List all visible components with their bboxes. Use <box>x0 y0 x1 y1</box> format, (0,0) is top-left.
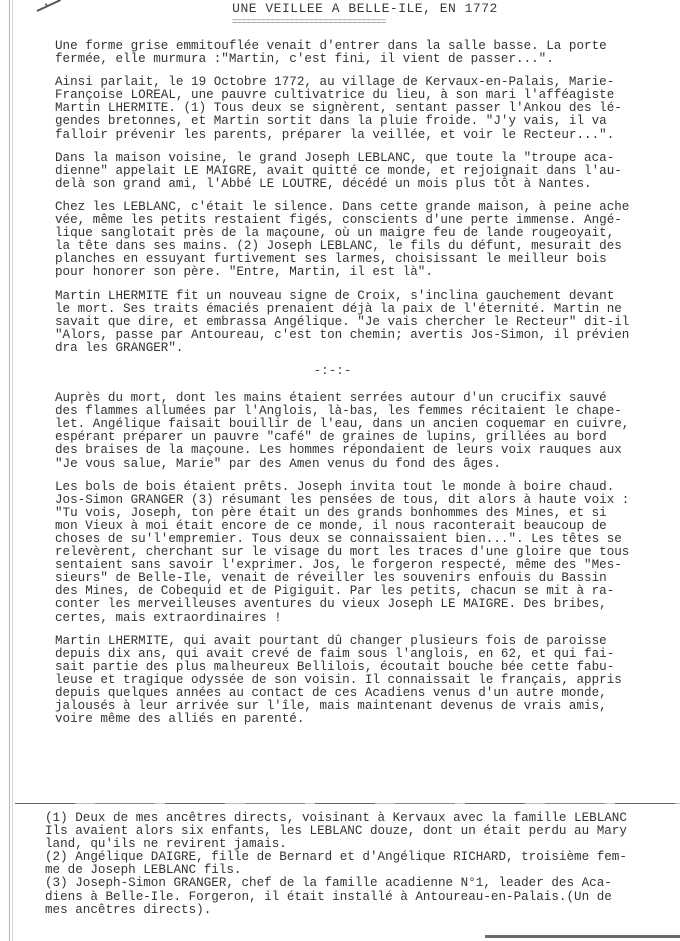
text-line: "Je vous salue, Marie" par des Amen venu… <box>55 458 680 471</box>
footnote-divider <box>15 803 680 804</box>
left-margin-rule <box>9 0 10 941</box>
document-title: UNE VEILLEE A BELLE-ILE, EN 1772 <box>0 1 680 16</box>
text-line: le mort. Ses traits émaciés prenaient dé… <box>55 303 680 316</box>
text-line: fermée, elle murmura :"Martin, c'est fin… <box>55 53 680 66</box>
text-line: Martin LHERMITE, qui avait pourtant dû c… <box>55 635 680 648</box>
paragraph: Dans la maison voisine, le grand Joseph … <box>55 152 680 191</box>
text-line: Martin LHERMITE fit un nouveau signe de … <box>55 290 680 303</box>
text-line: Dans la maison voisine, le grand Joseph … <box>55 152 680 165</box>
text-line: dra les GRANGER". <box>55 342 680 355</box>
text-line: pour honorer son père. "Entre, Martin, i… <box>55 266 680 279</box>
paragraph: Les bols de bois étaient prêts. Joseph i… <box>55 481 680 625</box>
footnote-line: diens à Belle-Ile. Forgeron, il était in… <box>45 891 680 904</box>
footnote: (2) Angélique DAIGRE, fille de Bernard e… <box>45 851 680 877</box>
paragraph: Chez les LEBLANC, c'était le silence. Da… <box>55 201 680 280</box>
footnote: (3) Joseph-Simon GRANGER, chef de la fam… <box>45 877 680 916</box>
footnote-line: mes ancêtres directs). <box>45 904 680 917</box>
text-line: certes, mais extraordinaires ! <box>55 612 680 625</box>
text-line: voire même des alliés en parenté. <box>55 713 680 726</box>
document-body: Une forme grise emmitouflée venait d'ent… <box>55 40 680 736</box>
text-line: sait partie des plus malheureux Belliloi… <box>55 661 680 674</box>
text-line: dienne" appelait LE MAIGRE, avait quitté… <box>55 165 680 178</box>
text-line: Les bols de bois étaient prêts. Joseph i… <box>55 481 680 494</box>
text-line: des braises de la maçoune. Les hommes ré… <box>55 444 680 457</box>
text-line: falloir prévenir les parents, préparer l… <box>55 129 680 142</box>
text-line: "Tu vois, Joseph, ton père était un des … <box>55 507 680 520</box>
text-line: savait que dire, et embrassa Angélique. … <box>55 316 680 329</box>
text-line: Jos-Simon GRANGER (3) résumant les pensé… <box>55 494 680 507</box>
text-line: delà son grand ami, l'Abbé LE LOUTRE, dé… <box>55 178 680 191</box>
footnote-line: (3) Joseph-Simon GRANGER, chef de la fam… <box>45 877 680 890</box>
paragraph: Ainsi parlait, le 19 Octobre 1772, au vi… <box>55 76 680 141</box>
paragraph: Auprès du mort, dont les mains étaient s… <box>55 392 680 471</box>
left-margin-rule-inner <box>12 0 13 941</box>
text-line: "Alors, passe par Antoureau, c'est ton c… <box>55 329 680 342</box>
text-line: gendes bretonnes, et Martin sortit dans … <box>55 115 680 128</box>
paragraph: Une forme grise emmitouflée venait d'ent… <box>55 40 680 66</box>
text-line: depuis dix ans, qui avait crevé de faim … <box>55 648 680 661</box>
paragraph: Martin LHERMITE fit un nouveau signe de … <box>55 290 680 355</box>
document-page: UNE VEILLEE A BELLE-ILE, EN 1772 =======… <box>0 0 680 941</box>
paragraph: Martin LHERMITE, qui avait pourtant dû c… <box>55 635 680 727</box>
title-underline: ================================ <box>232 17 386 27</box>
page-bottom-edge <box>485 935 680 938</box>
footnotes: (1) Deux de mes ancêtres directs, voisin… <box>45 812 680 917</box>
text-line: conter les merveilleuses aventures du vi… <box>55 598 680 611</box>
footnote: (1) Deux de mes ancêtres directs, voisin… <box>45 812 680 851</box>
section-separator: -:-:- <box>55 365 680 378</box>
